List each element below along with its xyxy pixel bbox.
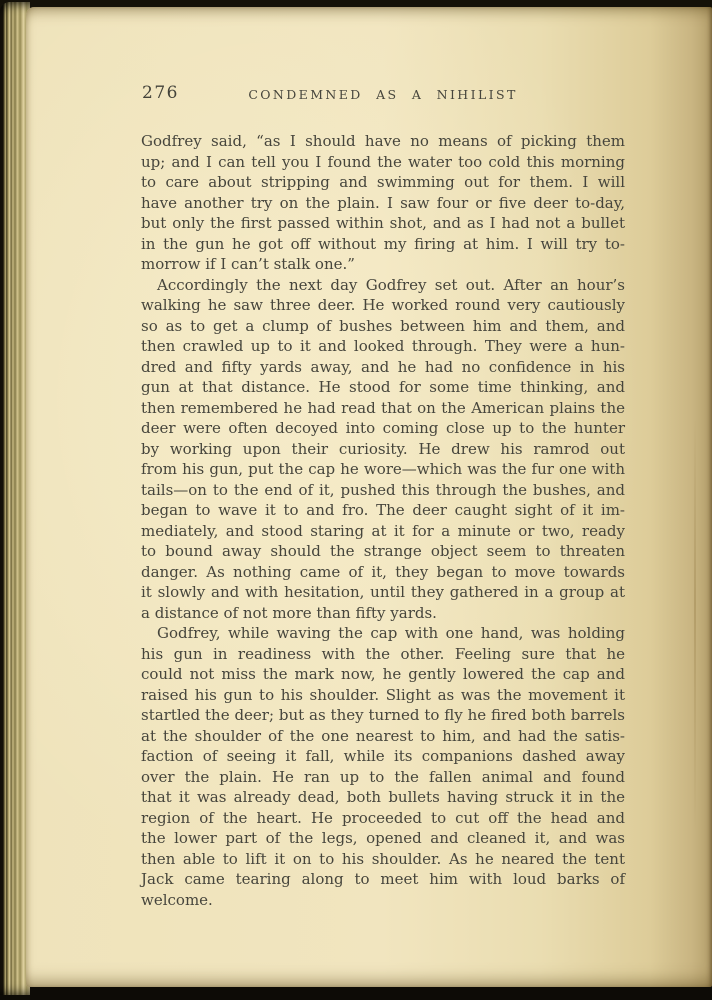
text-line: deer were often decoyed into coming clos… (141, 418, 625, 439)
text-line: Accordingly the next day Godfrey set out… (141, 275, 625, 296)
text-line: but only the first passed within shot, a… (141, 213, 625, 234)
text-line: began to wave it to and fro. The deer ca… (141, 500, 625, 521)
text-line: so as to get a clump of bushes between h… (141, 316, 625, 337)
text-line: region of the heart. He proceeded to cut… (141, 808, 625, 829)
text-line: it slowly and with hesitation, until the… (141, 582, 625, 603)
text-line: a distance of not more than fifty yards. (141, 603, 625, 624)
text-line: danger. As nothing came of it, they bega… (141, 562, 625, 583)
text-line: over the plain. He ran up to the fallen … (141, 767, 625, 788)
text-line: Godfrey, while waving the cap with one h… (141, 623, 625, 644)
text-line: then able to lift it on to his shoulder.… (141, 849, 625, 870)
body-text: Godfrey said, “as I should have no means… (141, 131, 625, 910)
text-line: Godfrey said, “as I should have no means… (141, 131, 625, 152)
paragraph: Godfrey, while waving the cap with one h… (141, 623, 625, 910)
text-line: in the gun he got off without my firing … (141, 234, 625, 255)
text-line: dred and fifty yards away, and he had no… (141, 357, 625, 378)
text-line: from his gun, put the cap he wore—which … (141, 459, 625, 480)
text-line: by working upon their curiosity. He drew… (141, 439, 625, 460)
book-photo-background: 276 CONDEMNED AS A NIHILIST Godfrey said… (0, 0, 712, 1000)
text-line: have another try on the plain. I saw fou… (141, 193, 625, 214)
text-line: raised his gun to his shoulder. Slight a… (141, 685, 625, 706)
text-block: 276 CONDEMNED AS A NIHILIST Godfrey said… (141, 83, 625, 910)
text-line: mediately, and stood staring at it for a… (141, 521, 625, 542)
text-line: at the shoulder of the one nearest to hi… (141, 726, 625, 747)
text-line: gun at that distance. He stood for some … (141, 377, 625, 398)
text-line: the lower part of the legs, opened and c… (141, 828, 625, 849)
text-line: that it was already dead, both bullets h… (141, 787, 625, 808)
running-title: CONDEMNED AS A NIHILIST (141, 87, 625, 102)
text-line: tails—on to the end of it, pushed this t… (141, 480, 625, 501)
text-line: startled the deer; but as they turned to… (141, 705, 625, 726)
page-header: 276 CONDEMNED AS A NIHILIST (141, 83, 625, 105)
text-line: to bound away should the strange object … (141, 541, 625, 562)
page-crease (694, 419, 696, 831)
paragraph: Accordingly the next day Godfrey set out… (141, 275, 625, 624)
text-line: then remembered he had read that on the … (141, 398, 625, 419)
text-line: up; and I can tell you I found the water… (141, 152, 625, 173)
text-line: could not miss the mark now, he gently l… (141, 664, 625, 685)
text-line: walking he saw three deer. He worked rou… (141, 295, 625, 316)
text-line: then crawled up to it and looked through… (141, 336, 625, 357)
text-line: faction of seeing it fall, while its com… (141, 746, 625, 767)
text-line: morrow if I can’t stalk one.” (141, 254, 625, 275)
book-page: 276 CONDEMNED AS A NIHILIST Godfrey said… (26, 7, 712, 987)
text-line: to care about stripping and swimming out… (141, 172, 625, 193)
text-line: Jack came tearing along to meet him with… (141, 869, 625, 910)
text-line: his gun in readiness with the other. Fee… (141, 644, 625, 665)
paragraph: Godfrey said, “as I should have no means… (141, 131, 625, 275)
